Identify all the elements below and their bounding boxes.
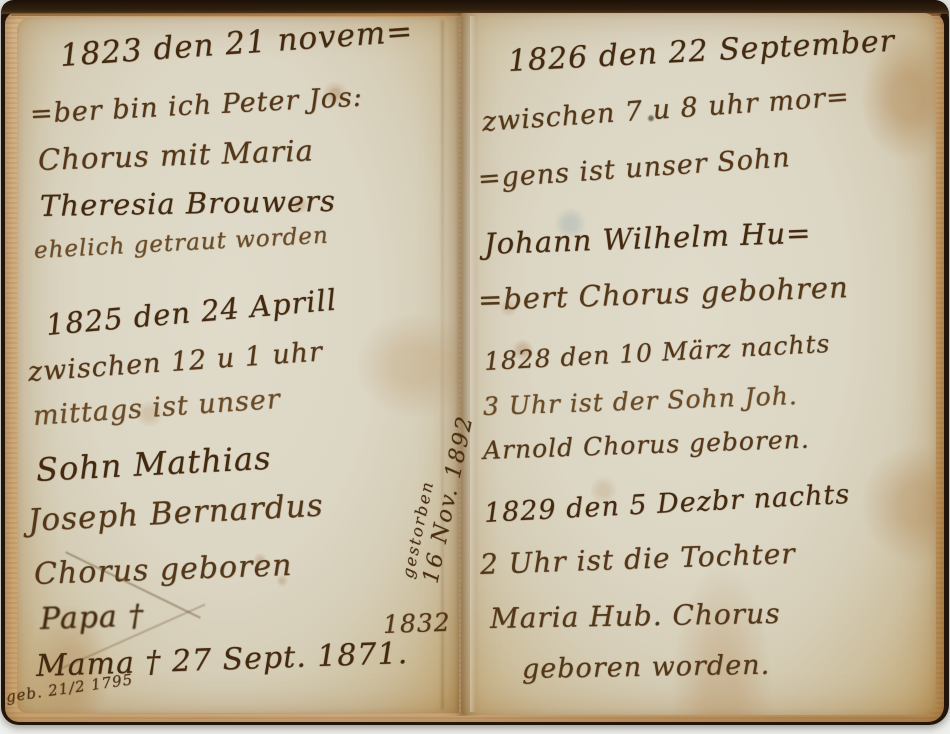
papa-death-note: Papa † xyxy=(39,598,145,637)
handwriting-line: Theresia Brouwers xyxy=(40,184,336,223)
book-cover-top-edge xyxy=(1,0,949,14)
handwriting-line: Maria Hub. Chorus xyxy=(490,597,781,635)
handwriting-line: geboren worden. xyxy=(522,650,771,685)
papa-death-year: 1832 xyxy=(382,608,451,639)
scanned-notebook-spread: 1823 den 21 novem= =ber bin ich Peter Jo… xyxy=(0,0,950,734)
